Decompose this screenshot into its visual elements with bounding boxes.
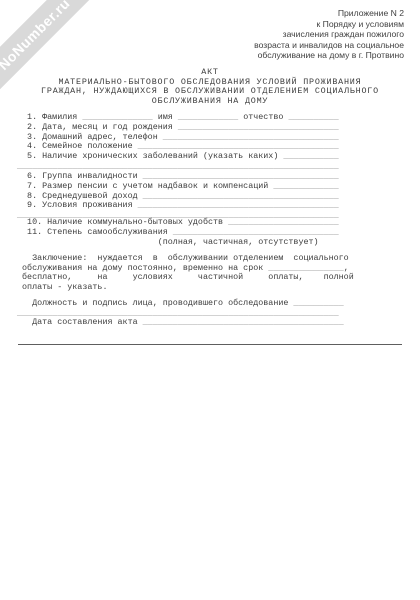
fields-10-11: 10. Наличие коммунально-бытовых удобств … — [17, 218, 339, 247]
document-page: NoNumber.ru Приложение N 2 к Порядку и у… — [0, 0, 420, 600]
appendix-reference: Приложение N 2 к Порядку и условиям зачи… — [254, 8, 404, 61]
fields-1-5: 1. Фамилия ______________ имя __________… — [17, 113, 339, 172]
document-title: АКТ МАТЕРИАЛЬНО-БЫТОВОГО ОБСЛЕДОВАНИЯ УС… — [0, 68, 420, 106]
signature-date-fields: Должность и подпись лица, проводившего о… — [17, 299, 344, 328]
bottom-rule — [18, 344, 402, 345]
conclusion-paragraph: Заключение: нуждается в обслуживании отд… — [17, 254, 354, 292]
watermark-text: NoNumber.ru — [0, 0, 73, 73]
fields-6-9: 6. Группа инвалидности _________________… — [17, 172, 339, 221]
